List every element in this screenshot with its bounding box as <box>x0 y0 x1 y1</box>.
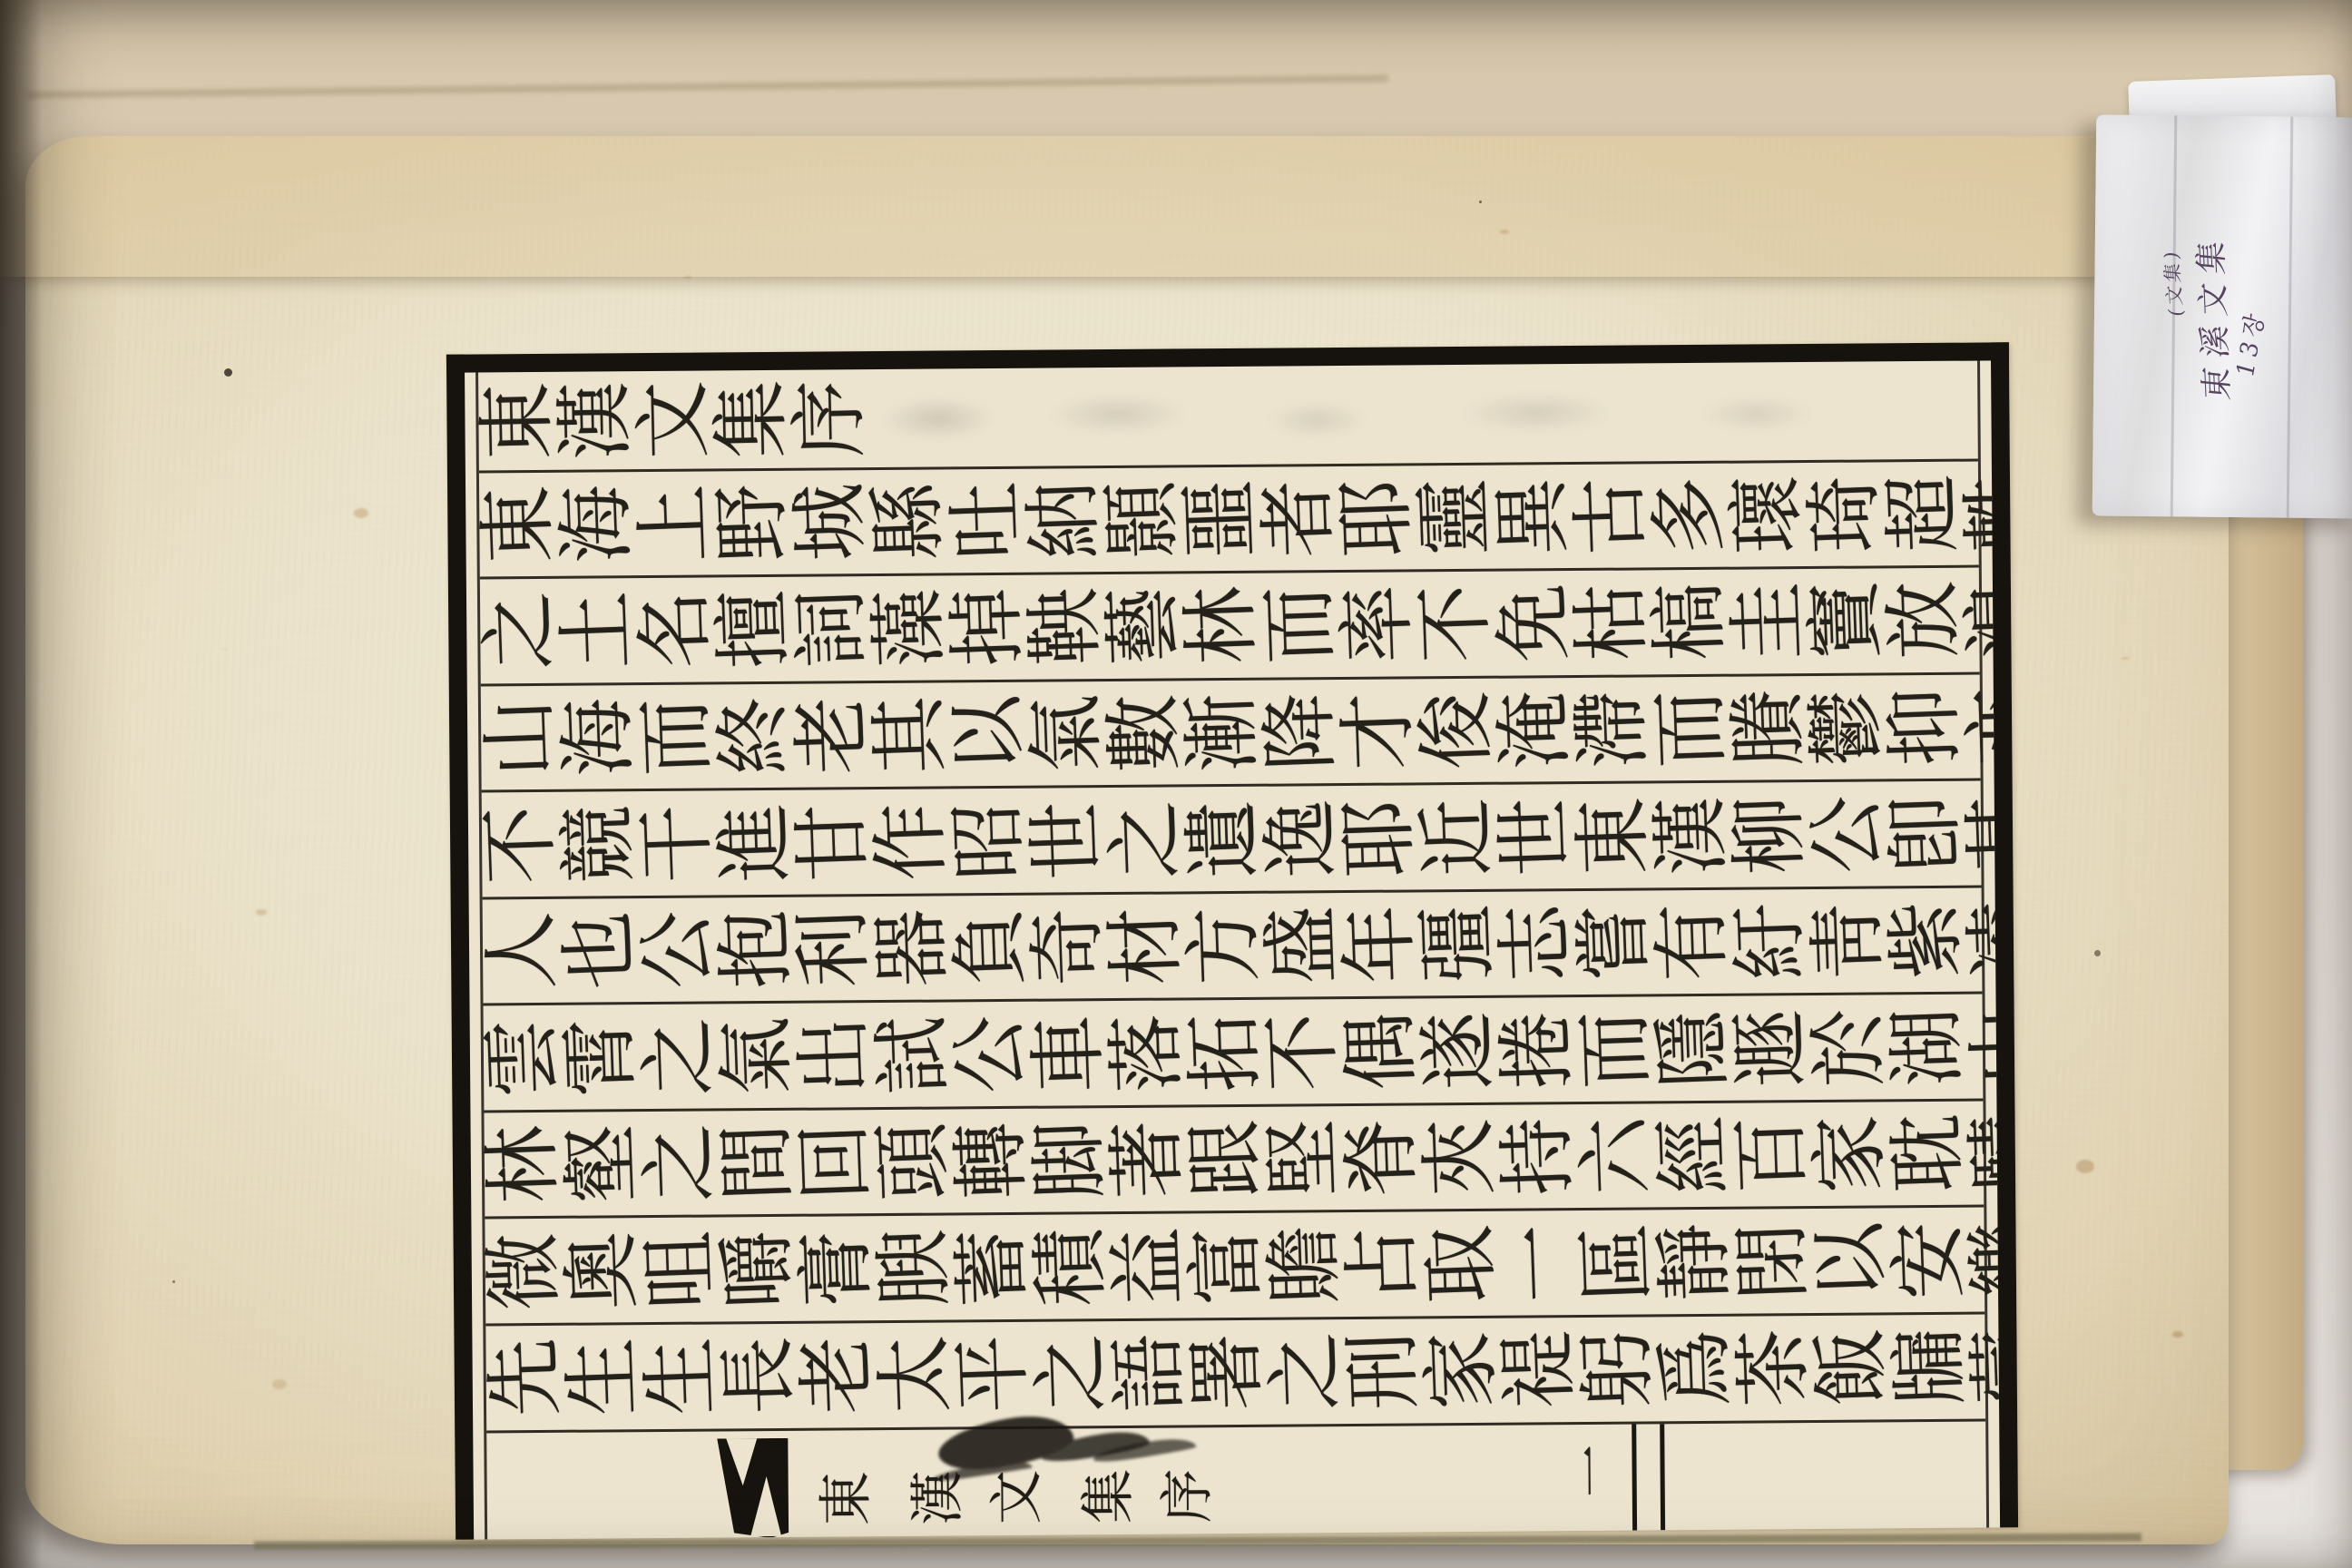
glyph-cell <box>1904 361 1978 459</box>
han-character: 異 <box>1493 476 1573 557</box>
banxin-title: 東漢文集序 <box>806 1455 1233 1540</box>
text-column: 東海上野城縣吐納顥噩者耶靈異古多瓌琦超軼 <box>479 461 1979 580</box>
glyph-cell: 古 <box>1572 464 1651 568</box>
glyph-cell: 不 <box>1264 999 1343 1103</box>
text-column: 林壑之間回頭轉脚著跟堅脊夾持六經百家耽賾 <box>484 1101 1984 1220</box>
glyph-cell: 終 <box>715 684 794 789</box>
glyph-cell: 之 <box>1106 788 1185 892</box>
glyph-cell: 不 <box>1416 572 1495 676</box>
han-character: 以 <box>948 694 1029 775</box>
han-character: 干 <box>637 803 718 884</box>
han-character: 降 <box>1260 691 1341 772</box>
han-character: 氣 <box>716 1015 797 1096</box>
han-character: 蓄 <box>952 1227 1033 1308</box>
han-character: 東 <box>819 1471 874 1525</box>
glyph-cell: 詞 <box>792 576 871 681</box>
han-character: 軼 <box>1961 473 2018 554</box>
han-character: 山 <box>1965 1005 2018 1086</box>
han-character: 集 <box>712 379 792 459</box>
glyph-cell: 耶 <box>1340 786 1419 890</box>
glyph-cell: 抱 <box>717 897 796 1002</box>
han-character: 公 <box>1808 794 1888 875</box>
han-character: 間 <box>717 1122 798 1203</box>
glyph-cell: 東 <box>478 372 557 470</box>
glyph-cell: 間 <box>718 1111 797 1215</box>
han-character: 先 <box>485 1338 565 1418</box>
han-character: 其 <box>1964 792 2019 873</box>
glyph-cell: 近 <box>1418 785 1497 889</box>
han-character: 脊 <box>1341 1117 1422 1198</box>
glyph-cell: 躬 <box>1578 1317 1657 1421</box>
glyph-cell: 逸 <box>1262 786 1341 890</box>
glyph-cell: 瓌 <box>1728 463 1807 567</box>
printed-frame: 東漢文集序東海上野城縣吐納顥噩者耶靈異古多瓌琦超軼之土名擅詞藻掉鞅藝林而率不免枯… <box>446 342 2018 1539</box>
han-character: 而 <box>636 696 717 777</box>
glyph-cell: 靈 <box>1416 465 1494 569</box>
glyph-cell: 納 <box>1025 468 1104 573</box>
han-character: 隱 <box>1652 1008 1733 1089</box>
han-character: 昭 <box>949 800 1030 881</box>
glyph-cell: 微 <box>485 1219 563 1323</box>
han-character: 鞅 <box>1025 586 1106 667</box>
han-character: 作 <box>871 801 952 882</box>
han-character: 抱 <box>716 909 797 990</box>
han-character: 老 <box>797 1335 877 1416</box>
han-character: 林 <box>1181 585 1262 666</box>
han-character: 紆 <box>1730 901 1811 982</box>
glyph-cell: 免 <box>1494 571 1573 675</box>
han-character: 方 <box>1184 906 1265 986</box>
glyph-cell: 年 <box>1341 892 1420 996</box>
han-character: 公 <box>950 1014 1031 1094</box>
glyph-cell: 嘗 <box>1575 890 1654 995</box>
glyph-cell: 土 <box>558 578 637 682</box>
glyph-cell: 偶 <box>1342 999 1421 1103</box>
glyph-cell: 人 <box>483 899 562 1004</box>
glyph-cell: 負 <box>951 896 1030 1000</box>
glyph-cell: 干 <box>638 791 717 896</box>
glyph-cell: 異 <box>1494 465 1573 569</box>
han-character: 漢 <box>1651 795 1732 876</box>
han-character: 平 <box>953 1334 1034 1415</box>
text-column: 雲霄之氣出試公車落拓不偶遂捲而隱遯於湖山 <box>484 995 1984 1113</box>
glyph-cell: 飯 <box>1812 1315 1891 1419</box>
han-character: 器 <box>872 907 953 988</box>
han-character: 老 <box>792 695 873 776</box>
han-character: 藝 <box>1103 586 1184 667</box>
glyph-cell: 也 <box>561 898 640 1003</box>
glyph-cell: 嚼 <box>719 1217 798 1321</box>
glyph-cell: 紫 <box>1887 887 1966 992</box>
han-character: 競 <box>559 803 640 884</box>
glyph-cell: 長 <box>720 1324 799 1428</box>
han-character: 嚼 <box>718 1229 799 1309</box>
han-character: 超 <box>1883 473 1964 554</box>
banxin-fold-lines <box>1632 1424 1665 1531</box>
han-character: 閉 <box>1732 1221 1813 1302</box>
han-character: 頭 <box>873 1121 954 1201</box>
glyph-cell: 其 <box>871 682 950 787</box>
glyph-cell: 鞅 <box>1026 574 1105 679</box>
han-character: 漢 <box>556 380 636 460</box>
glyph-cell: 跟 <box>1186 1107 1265 1211</box>
han-character: 上 <box>634 483 715 563</box>
glyph-cell: 出 <box>796 1003 875 1107</box>
han-character: 縣 <box>868 481 949 562</box>
han-character: 東 <box>478 381 558 461</box>
glyph-cell: 湖 <box>1887 995 1966 1099</box>
glyph-cell: 之 <box>640 1004 719 1109</box>
han-character: 賸 <box>1729 688 1809 769</box>
glyph-cell: 轉 <box>952 1109 1031 1213</box>
glyph-cell: 平 <box>954 1322 1033 1426</box>
glyph-cell: 才 <box>1339 679 1418 783</box>
han-character: 一 <box>1498 1223 1579 1304</box>
han-character: 取 <box>1420 1223 1501 1304</box>
han-character: 文 <box>634 380 714 460</box>
glyph-cell: 腴 <box>875 1216 954 1320</box>
glyph-cell: 山 <box>1965 994 2018 1098</box>
han-character: 遺 <box>1183 799 1264 879</box>
han-character: 其 <box>870 694 951 775</box>
han-character: 樂 <box>1966 1220 2018 1300</box>
glyph-cell: 數 <box>1105 681 1184 785</box>
glyph-cell: 百 <box>1732 1102 1811 1207</box>
glyph-cell: 語 <box>1110 1320 1189 1425</box>
glyph-cell: 六 <box>1576 1103 1655 1208</box>
glyph-cell: 公 <box>952 1002 1031 1106</box>
han-character: 負 <box>950 907 1031 988</box>
glyph-cell: 而 <box>1576 997 1655 1102</box>
glyph-cell: 鬱 <box>1808 675 1886 779</box>
han-character: 之 <box>1031 1333 1112 1414</box>
glyph-cell: 而 <box>1651 676 1730 780</box>
glyph-cell: 多 <box>1650 463 1729 567</box>
han-character: 嘗 <box>1574 902 1655 983</box>
han-character: 也 <box>560 910 641 991</box>
han-character: 免 <box>1494 583 1574 663</box>
glyph-cell: 吐 <box>947 468 1026 573</box>
glyph-cell: 淹 <box>1495 678 1574 782</box>
han-character: 回 <box>795 1122 876 1202</box>
han-character: 詞 <box>791 588 872 669</box>
glyph-cell: 率 <box>1338 573 1417 677</box>
text-column: 不競干進甘作昭世之遺逸耶近世東漢柳公卽其 <box>482 781 1982 900</box>
han-character: 東 <box>1573 796 1654 877</box>
glyph-cell: 圭 <box>1729 569 1808 673</box>
glyph-cell: 耶 <box>1338 465 1416 570</box>
han-character: 家 <box>1809 1113 1890 1194</box>
han-character: 才 <box>1338 691 1419 771</box>
glyph-cell: 放 <box>1885 568 1964 672</box>
glyph-cell: 俊 <box>1417 678 1496 782</box>
glyph-cell: 抑 <box>1886 674 1965 779</box>
han-character: 數 <box>1104 692 1185 773</box>
han-character: 耶 <box>1337 477 1417 558</box>
han-character: 盛 <box>1262 905 1343 985</box>
han-character: 古 <box>1571 475 1651 556</box>
han-character: 遯 <box>1730 1007 1811 1088</box>
han-character: 氣 <box>1026 693 1107 774</box>
glyph-cell: 漸 <box>1183 680 1262 784</box>
han-character: 禔 <box>1499 1329 1580 1410</box>
glyph-cell: 老 <box>798 1323 877 1427</box>
glyph-cell: 閉 <box>1733 1209 1812 1313</box>
glyph-cell: 凌 <box>1965 887 2019 992</box>
glyph-cell: 堅 <box>1264 1106 1343 1210</box>
han-character: 靈 <box>1415 476 1495 557</box>
han-character: 世 <box>1027 799 1108 880</box>
glyph-cell: 競 <box>560 791 639 896</box>
glyph-cell: 之 <box>480 579 559 683</box>
glyph-cell: 脊 <box>1342 1105 1421 1210</box>
glyph-cell: 奧 <box>563 1219 642 1323</box>
glyph-cell: 取 <box>1421 1211 1500 1316</box>
han-character: 凌 <box>1965 899 2019 980</box>
han-character: 一 <box>1566 1444 1619 1496</box>
han-character: 長 <box>719 1336 799 1416</box>
glyph-cell: 試 <box>874 1003 953 1107</box>
glyph-cell: 槁 <box>1651 570 1730 674</box>
glyph-cell: 超 <box>1884 461 1963 565</box>
glyph-cell: 亦 <box>1964 674 2018 779</box>
glyph-cell: 藻 <box>870 576 949 681</box>
glyph-cell: 利 <box>795 897 874 1001</box>
han-character: 積 <box>1030 1227 1111 1308</box>
han-character: 富 <box>1186 1225 1267 1306</box>
glyph-cell: 之 <box>1266 1319 1345 1424</box>
glyph-cell: 遂 <box>1420 998 1499 1102</box>
han-character: 出 <box>794 1015 875 1096</box>
glyph-cell: 器 <box>873 896 952 1000</box>
glyph-cell: 遯 <box>1731 995 1810 1100</box>
glyph-cell: 益 <box>1109 1214 1188 1318</box>
han-character: 序 <box>790 378 870 458</box>
glyph-cell: 捲 <box>1498 997 1577 1102</box>
glyph-cell: 咀 <box>641 1218 720 1322</box>
han-character: 持 <box>1497 1116 1578 1197</box>
han-character: 年 <box>1340 904 1421 985</box>
glyph-cell: 樂 <box>1967 1207 2018 1311</box>
han-character: 顥 <box>1102 479 1183 560</box>
han-character: 經 <box>1653 1115 1734 1196</box>
han-character: 俊 <box>1416 691 1497 771</box>
han-character: 雲 <box>482 1017 563 1098</box>
han-character: 人 <box>482 911 563 992</box>
turned-leaf <box>0 0 2352 277</box>
han-character: 占 <box>1342 1224 1423 1305</box>
han-character: 亦 <box>1963 686 2018 767</box>
glyph-cell: 賾 <box>1966 1101 2018 1205</box>
han-character: 爲 <box>1655 1328 1736 1409</box>
han-character: 轉 <box>951 1121 1032 1201</box>
text-column: 先生生長老太平之語署之刑家禔躬爲茶飯牖蒙 <box>485 1314 1985 1433</box>
han-character: 材 <box>1106 906 1187 986</box>
glyph-cell: 有 <box>1653 889 1732 994</box>
banxin-strip: 東漢文集序一 <box>486 1421 1986 1539</box>
han-character: 圭 <box>1728 581 1808 661</box>
ghost-ink-impressions <box>877 372 1877 458</box>
han-character: 耽 <box>1887 1113 1968 1194</box>
glyph-cell: 不 <box>482 792 561 897</box>
glyph-cell: 耽 <box>1888 1102 1967 1206</box>
han-character: 瓌 <box>1727 475 1808 555</box>
glyph-cell: 牖 <box>1890 1315 1969 1419</box>
glyph-cell: 茶 <box>1734 1316 1813 1420</box>
han-character: 蒙 <box>1967 1326 2018 1406</box>
glyph-cell: 一 <box>1499 1210 1578 1315</box>
han-character: 霄 <box>560 1017 641 1098</box>
glyph-cell: 頭 <box>874 1109 953 1213</box>
han-character: 贍 <box>1264 1225 1345 1306</box>
glyph-cell: 掉 <box>948 575 1027 680</box>
glyph-cell: 雲 <box>484 1005 563 1110</box>
han-character: 生 <box>641 1337 721 1417</box>
glyph-cell: 生 <box>563 1325 642 1429</box>
han-character: 淹 <box>1494 690 1575 770</box>
han-character: 吐 <box>946 480 1027 561</box>
glyph-cell: 霄 <box>562 1004 641 1109</box>
han-character: 百 <box>1731 1114 1812 1195</box>
han-character: 進 <box>715 802 796 883</box>
han-character: 率 <box>1338 584 1418 665</box>
han-character: 咀 <box>640 1230 720 1310</box>
han-character: 城 <box>790 482 871 563</box>
han-character: 安 <box>1888 1220 1969 1300</box>
glyph-cell: 拓 <box>1186 1000 1265 1104</box>
glyph-cell: 蒙 <box>1968 1314 2018 1418</box>
left-edge-shadow <box>0 0 42 1568</box>
glyph-cell: 蓄 <box>953 1215 1032 1319</box>
glyph-cell: 竇 <box>1807 569 1886 673</box>
glyph-cell: 卽 <box>1886 781 1965 886</box>
glyph-cell: 東 <box>479 472 558 576</box>
han-character: 刑 <box>1343 1330 1424 1411</box>
han-character: 靑 <box>1808 900 1889 981</box>
glyph-cell: 琦 <box>1806 462 1885 566</box>
ink-specks <box>224 368 232 377</box>
han-character: 紫 <box>1886 900 1967 981</box>
glyph-cell: 野 <box>713 470 792 574</box>
glyph-cell: 贍 <box>1265 1213 1344 1318</box>
glyph-cell: 顥 <box>1103 467 1182 572</box>
glyph-cell: 賸 <box>1730 676 1808 780</box>
han-character: 賾 <box>1965 1112 2018 1193</box>
han-character: 之 <box>1265 1331 1346 1412</box>
glyph-cell: 文 <box>634 370 713 468</box>
glyph-cell: 車 <box>1030 1001 1109 1105</box>
han-character: 卽 <box>1886 793 1966 874</box>
page-number: 一 <box>1566 1444 1619 1496</box>
han-character: 序 <box>1161 1468 1215 1523</box>
han-character: 家 <box>1421 1330 1502 1411</box>
han-character: 林 <box>483 1124 563 1205</box>
han-character: 之 <box>1105 799 1186 880</box>
han-character: 落 <box>1106 1013 1187 1093</box>
glyph-cell: 以 <box>949 681 1028 786</box>
glyph-cell: 海 <box>557 472 636 576</box>
han-character: 野 <box>712 483 793 563</box>
glyph-cell: 城 <box>791 470 870 574</box>
han-character: 者 <box>1259 478 1339 559</box>
han-character: 以 <box>1810 1220 1891 1301</box>
han-character: 柳 <box>1730 794 1810 875</box>
glyph-cell: 滯 <box>1573 677 1652 781</box>
glyph-cell: 東 <box>806 1457 892 1540</box>
glyph-cell: 禔 <box>1500 1318 1579 1422</box>
glyph-cell: 集 <box>1062 1455 1148 1537</box>
han-character: 不 <box>1262 1012 1343 1093</box>
glyph-cell: 著 <box>1108 1107 1187 1211</box>
text-column: 人也公抱利器負奇材方盛年彊志嘗有紆靑紫凌 <box>483 887 1983 1006</box>
glyph-cell: 老 <box>793 683 872 788</box>
glyph-cell: 壑 <box>562 1112 641 1216</box>
han-character: 不 <box>1416 583 1496 664</box>
glyph-cell: 氣 <box>718 1004 797 1108</box>
han-character: 竇 <box>1806 581 1886 661</box>
han-character: 掉 <box>947 587 1028 668</box>
glyph-cell: 軼 <box>1962 461 2018 565</box>
glyph-cell: 縣 <box>869 469 948 573</box>
han-character: 微 <box>484 1230 564 1311</box>
han-character: 膏 <box>796 1229 877 1309</box>
han-character: 東 <box>478 485 559 565</box>
han-character: 漸 <box>1182 692 1263 773</box>
glyph-cell: 其 <box>1965 780 2018 885</box>
han-character: 公 <box>638 909 719 990</box>
glyph-cell: 占 <box>1343 1212 1422 1317</box>
glyph-cell: 先 <box>485 1326 564 1430</box>
han-character: 噩 <box>1181 478 1261 559</box>
han-character: 浪 <box>1962 579 2018 660</box>
han-character: 集 <box>1082 1468 1136 1523</box>
han-character: 六 <box>1575 1115 1656 1196</box>
glyph-cell: 脚 <box>1030 1108 1109 1212</box>
han-character: 放 <box>1884 580 1965 661</box>
glyph-cell: 家 <box>1422 1318 1501 1423</box>
han-character: 名 <box>635 590 716 671</box>
glyph-cell: 氣 <box>1027 681 1106 786</box>
glyph-cell: 世 <box>1496 784 1575 888</box>
han-character: 生 <box>563 1337 643 1417</box>
glyph-cell: 林 <box>484 1112 563 1217</box>
han-character: 於 <box>1808 1007 1889 1088</box>
text-column: 微奧咀嚼膏腴蓄積益富贍占取一區靜閉以安樂 <box>485 1208 1984 1327</box>
glyph-cell: 進 <box>716 790 795 895</box>
han-character: 腴 <box>874 1228 955 1308</box>
glyph-cell: 方 <box>1185 894 1264 998</box>
han-character: 奇 <box>1028 906 1109 987</box>
han-character: 茶 <box>1733 1328 1814 1408</box>
han-character: 署 <box>1187 1332 1268 1413</box>
han-character: 多 <box>1649 475 1730 555</box>
han-character: 利 <box>794 908 875 989</box>
glyph-cell: 林 <box>1182 573 1261 678</box>
han-character: 太 <box>875 1335 955 1416</box>
glyph-cell: 甘 <box>794 789 873 894</box>
han-character: 彊 <box>1418 904 1499 985</box>
glyph-cell: 夾 <box>1420 1105 1499 1210</box>
glyph-cell: 公 <box>639 897 718 1002</box>
text-column: 之土名擅詞藻掉鞅藝林而率不免枯槁圭竇放浪 <box>480 568 1980 687</box>
han-character: 飯 <box>1811 1327 1892 1407</box>
glyph-cell: 海 <box>559 685 638 789</box>
glyph-cell: 膏 <box>797 1217 876 1321</box>
han-character: 堅 <box>1263 1118 1344 1199</box>
han-character: 漢 <box>911 1470 965 1524</box>
slip-handwriting: (文集) 東溪文集 13장 <box>2165 142 2296 488</box>
han-character: 擅 <box>713 589 794 670</box>
